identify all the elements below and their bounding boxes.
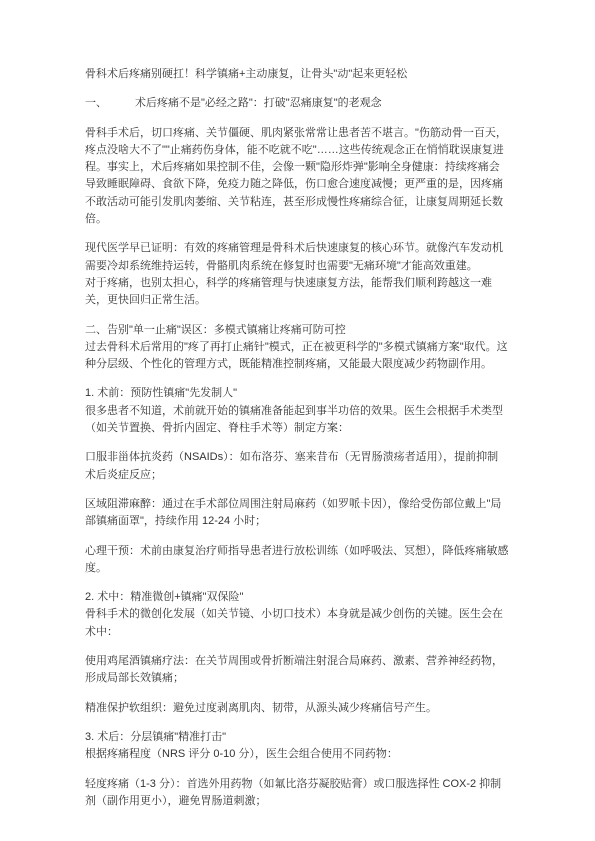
section-one-heading: 术后疼痛不是"必经之路"：打破"忍痛康复"的老观念: [135, 97, 382, 109]
subsection-intraop-heading: 2. 术中：精准微创+镇痛"双保险": [85, 589, 509, 606]
intraop-item-soft-tissue: 精准保护软组织：避免过度剥离肌肉、韧带，从源头减少疼痛信号产生。: [85, 700, 509, 717]
document-content: 骨科术后疼痛别硬扛！科学镇痛+主动康复，让骨头"动"起来更轻松 一、术后疼痛不是…: [85, 66, 509, 822]
paragraph-intro: 骨科手术后，切口疼痛、关节僵硬、肌肉紧张常常让患者苦不堪言。"伤筋动骨一百天，疼…: [85, 125, 509, 229]
subsection-intraop-group: 2. 术中：精准微创+镇痛"双保险" 骨科手术的微创化发展（如关节镜、小切口技术…: [85, 589, 509, 641]
doc-title: 骨科术后疼痛别硬扛！科学镇痛+主动康复，让骨头"动"起来更轻松: [85, 66, 509, 83]
subsection-intraop-paragraph: 骨科手术的微创化发展（如关节镜、小切口技术）本身就是减少创伤的关键。医生会在术中…: [85, 606, 509, 641]
section-two-lead-paragraph: 过去骨科术后常用的"疼了再打止痛针"模式，正在被更科学的"多模式镇痛方案"取代。…: [85, 339, 509, 374]
document-page: 骨科术后疼痛别硬扛！科学镇痛+主动康复，让骨头"动"起来更轻松 一、术后疼痛不是…: [0, 0, 595, 841]
subsection-preop-paragraph: 很多患者不知道，术前就开始的镇痛准备能起到事半功倍的效果。医生会根据手术类型（如…: [85, 403, 509, 438]
subsection-postop-group: 3. 术后：分层镇痛"精准打击" 根据疼痛程度（NRS 评分 0-10 分），医…: [85, 729, 509, 764]
preop-item-regional-anesthesia: 区域阻滞麻醉：通过在手术部位周围注射局麻药（如罗哌卡因），像给受伤部位戴上"局部…: [85, 496, 509, 531]
subsection-postop-heading: 3. 术后：分层镇痛"精准打击": [85, 729, 509, 746]
subsection-preop-group: 1. 术前：预防性镇痛"先发制人" 很多患者不知道，术前就开始的镇痛准备能起到事…: [85, 385, 509, 437]
section-one-marker: 一、: [85, 97, 107, 109]
paragraph-reassurance: 对于疼痛，也别太担心，科学的疼痛管理与快速康复方法，能帮我们顺利跨越这一难关，更…: [85, 275, 509, 310]
subsection-preop-heading: 1. 术前：预防性镇痛"先发制人": [85, 385, 509, 402]
section-one-heading-row: 一、术后疼痛不是"必经之路"：打破"忍痛康复"的老观念: [85, 95, 509, 112]
postop-item-mild-pain: 轻度疼痛（1-3 分）：首选外用药物（如氟比洛芬凝胶贴膏）或口服选择性 COX-…: [85, 776, 509, 811]
paragraph-modern-medicine: 现代医学早已证明：有效的疼痛管理是骨科术后快速康复的核心环节。就像汽车发动机需要…: [85, 240, 509, 275]
section-two-heading: 二、告别"单一止痛"误区：多模式镇痛让疼痛可防可控: [85, 322, 509, 339]
preop-item-nsaids: 口服非甾体抗炎药（NSAIDs）：如布洛芬、塞来昔布（无胃肠溃疡者适用），提前抑…: [85, 449, 509, 484]
intraop-item-cocktail: 使用鸡尾酒镇痛疗法：在关节周围或骨折断端注射混合局麻药、激素、营养神经药物，形成…: [85, 653, 509, 688]
preop-item-psychological: 心理干预：术前由康复治疗师指导患者进行放松训练（如呼吸法、冥想），降低疼痛敏感度…: [85, 543, 509, 578]
subsection-postop-paragraph: 根据疼痛程度（NRS 评分 0-10 分），医生会组合使用不同药物：: [85, 746, 509, 763]
paragraph-modern-medicine-group: 现代医学早已证明：有效的疼痛管理是骨科术后快速康复的核心环节。就像汽车发动机需要…: [85, 240, 509, 309]
section-two-group: 二、告别"单一止痛"误区：多模式镇痛让疼痛可防可控 过去骨科术后常用的"疼了再打…: [85, 322, 509, 374]
